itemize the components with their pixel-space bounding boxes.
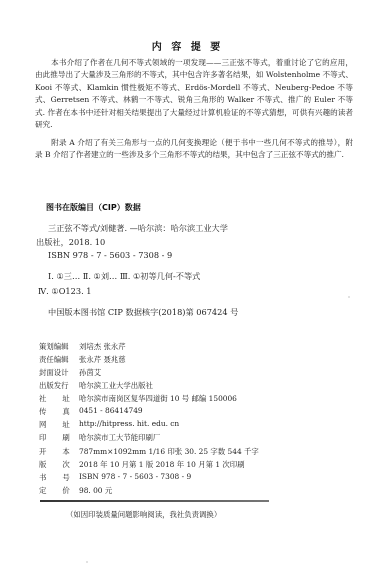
credit-row-publisher: 出版发行 哈尔滨工业大学出版社 — [39, 380, 153, 391]
credit-value: 98. 00 元 — [79, 485, 112, 496]
credit-row-format: 开本 787mm×1092mm 1/16 印张 30. 25 字数 544 千字 — [39, 446, 259, 457]
credit-label: 责任编辑 — [39, 354, 79, 365]
credit-label: 出版发行 — [39, 380, 79, 391]
credit-row-fax: 传真 0451 - 86414749 — [39, 406, 143, 417]
credit-row-planning-editor: 策划编辑 刘培杰 张永芹 — [39, 341, 126, 352]
credit-label: 策划编辑 — [39, 341, 79, 352]
summary-paragraph-1-text: 本书介绍了作者在几何不等式领域的一项发现——三正弦不等式，着重讨论了它的应用，由… — [35, 58, 353, 129]
credit-label: 版次 — [39, 459, 79, 470]
quality-notice: （如因印装质量问题影响阅读，我社负责调换） — [66, 509, 221, 520]
credit-value: 哈尔滨市工大节能印刷厂 — [79, 432, 160, 443]
credit-row-website: 网址 http://hitpress. hit. edu. cn — [39, 419, 179, 430]
credit-label: 书号 — [39, 472, 79, 483]
credit-value: 787mm×1092mm 1/16 印张 30. 25 字数 544 千字 — [79, 446, 259, 457]
credit-row-address: 社址 哈尔滨市南岗区复华四道街 10 号 邮编 150006 — [39, 393, 237, 404]
scan-speck — [86, 561, 88, 563]
credit-value: http://hitpress. hit. edu. cn — [79, 419, 179, 430]
summary-title: 内 容 提 要 — [0, 38, 375, 53]
credit-label: 开本 — [39, 446, 79, 457]
credit-row-isbn: 书号 ISBN 978 - 7 - 5603 - 7308 - 9 — [39, 472, 191, 483]
cip-classification-2: Ⅳ. ①O123. 1 — [38, 286, 91, 296]
credit-label: 网址 — [39, 419, 79, 430]
separator-line — [40, 500, 269, 502]
credit-row-price: 定价 98. 00 元 — [39, 485, 112, 496]
credit-value: ISBN 978 - 7 - 5603 - 7308 - 9 — [79, 472, 191, 483]
credit-row-cover-design: 封面设计 孙茵艾 — [39, 367, 101, 378]
credit-label: 社址 — [39, 393, 79, 404]
credit-value: 刘培杰 张永芹 — [79, 341, 126, 352]
credit-label: 定价 — [39, 485, 79, 496]
copyright-page: 内 容 提 要 本书介绍了作者在几何不等式领域的一项发现——三正弦不等式，着重讨… — [0, 0, 375, 571]
credit-row-edition: 版次 2018 年 10 月第 1 版 2018 年 10 月第 1 次印刷 — [39, 459, 245, 470]
credit-value: 哈尔滨市南岗区复华四道街 10 号 邮编 150006 — [79, 393, 237, 404]
cip-verification: 中国版本图书馆 CIP 数据核字(2018)第 067424 号 — [48, 307, 238, 318]
credit-label: 印刷 — [39, 432, 79, 443]
credit-label: 封面设计 — [39, 367, 79, 378]
cip-publisher-line: 出版社，2018. 10 — [36, 237, 105, 248]
cip-title-line: 三正弦不等式/刘健著. —哈尔滨：哈尔滨工业大学 — [48, 223, 228, 234]
summary-paragraph-2-text: 附录 A 介绍了有关三角形与一点的几何变换理论（便于书中一些几何不等式的推导），… — [35, 138, 353, 159]
summary-paragraph-2: 附录 A 介绍了有关三角形与一点的几何变换理论（便于书中一些几何不等式的推导），… — [35, 137, 353, 162]
credit-row-responsible-editor: 责任编辑 张永芹 聂兆慈 — [39, 354, 126, 365]
credit-value: 2018 年 10 月第 1 版 2018 年 10 月第 1 次印刷 — [79, 459, 245, 470]
credit-row-printer: 印刷 哈尔滨市工大节能印刷厂 — [39, 432, 160, 443]
scan-speck — [348, 296, 350, 298]
summary-paragraph-1: 本书介绍了作者在几何不等式领域的一项发现——三正弦不等式，着重讨论了它的应用，由… — [35, 57, 353, 131]
credit-value: 哈尔滨工业大学出版社 — [79, 380, 153, 391]
credit-value: 0451 - 86414749 — [79, 406, 143, 417]
cip-classification-1: Ⅰ. ①三… Ⅱ. ①刘… Ⅲ. ①初等几何-不等式 — [48, 271, 200, 282]
cip-isbn-line: ISBN 978 - 7 - 5603 - 7308 - 9 — [48, 250, 172, 260]
credit-value: 孙茵艾 — [79, 367, 101, 378]
credit-label: 传真 — [39, 406, 79, 417]
cip-heading: 图书在版编目（CIP）数据 — [46, 202, 141, 213]
credit-value: 张永芹 聂兆慈 — [79, 354, 126, 365]
